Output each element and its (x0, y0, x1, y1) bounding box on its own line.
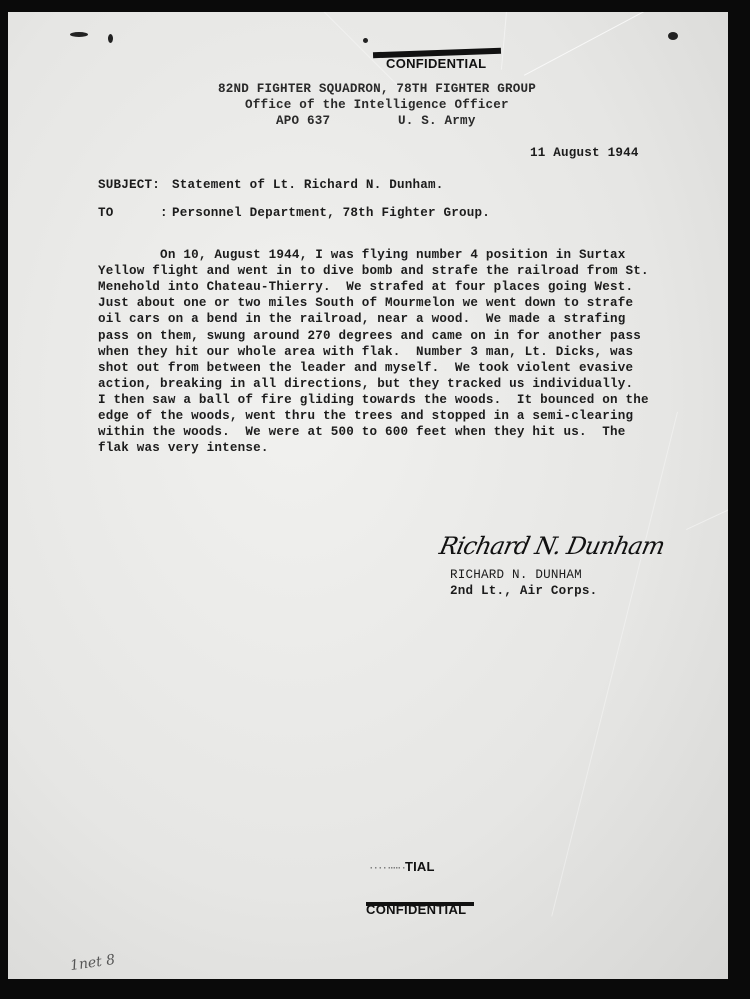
handwritten-signature: Richard N. Dunham (437, 532, 667, 560)
body-line: edge of the woods, went thru the trees a… (98, 409, 633, 423)
pencil-annotation: 1net 8 (69, 952, 116, 974)
scan-scratch (524, 12, 648, 76)
punch-mark (70, 32, 88, 37)
subject-text: Statement of Lt. Richard N. Dunham. (172, 178, 444, 192)
scan-scratch (686, 491, 728, 530)
document-page: CONFIDENTIAL 82ND FIGHTER SQUADRON, 78TH… (8, 12, 728, 979)
body-line: Just about one or two miles South of Mou… (98, 296, 633, 310)
body-line: within the woods. We were at 500 to 600 … (98, 425, 626, 439)
body-line: when they hit our whole area with flak. … (98, 345, 633, 359)
letterhead-apo: APO 637 (276, 114, 330, 128)
letterhead-line-1: 82ND FIGHTER SQUADRON, 78TH FIGHTER GROU… (218, 82, 536, 96)
to-text: Personnel Department, 78th Fighter Group… (172, 206, 490, 220)
confidential-stamp-top: CONFIDENTIAL (386, 56, 486, 71)
punch-mark (108, 34, 113, 43)
confidential-stamp-bottom: CONFIDENTIAL (366, 902, 466, 917)
body-line: pass on them, swung around 270 degrees a… (98, 329, 641, 343)
scan-scratch (501, 12, 508, 70)
body-line: shot out from between the leader and mys… (98, 361, 633, 375)
signer-rank: 2nd Lt., Air Corps. (450, 584, 597, 598)
body-line: Menehold into Chateau-Thierry. We strafe… (98, 280, 633, 294)
scan-scratch (551, 412, 678, 917)
body-line: Yellow flight and went in to dive bomb a… (98, 264, 649, 278)
body-line: action, breaking in all directions, but … (98, 377, 633, 391)
confidential-stamp-partial: · · · · ····· ·TIAL (370, 859, 435, 874)
body-line: I then saw a ball of fire gliding toward… (98, 393, 649, 407)
scan-scratch (312, 12, 398, 86)
punch-mark (668, 32, 678, 40)
letterhead-line-2: Office of the Intelligence Officer (245, 98, 509, 112)
to-label: TO : (98, 206, 168, 220)
body-line: oil cars on a bend in the railroad, near… (98, 312, 626, 326)
body-line: On 10, August 1944, I was flying number … (98, 248, 626, 262)
body-line: flak was very intense. (98, 441, 269, 455)
subject-label: SUBJECT: (98, 178, 160, 192)
stamp-text-fragment: TIAL (405, 859, 435, 874)
punch-mark (363, 38, 368, 43)
signer-name: RICHARD N. DUNHAM (450, 568, 582, 582)
letterhead-army: U. S. Army (398, 114, 476, 128)
document-date: 11 August 1944 (530, 146, 639, 160)
